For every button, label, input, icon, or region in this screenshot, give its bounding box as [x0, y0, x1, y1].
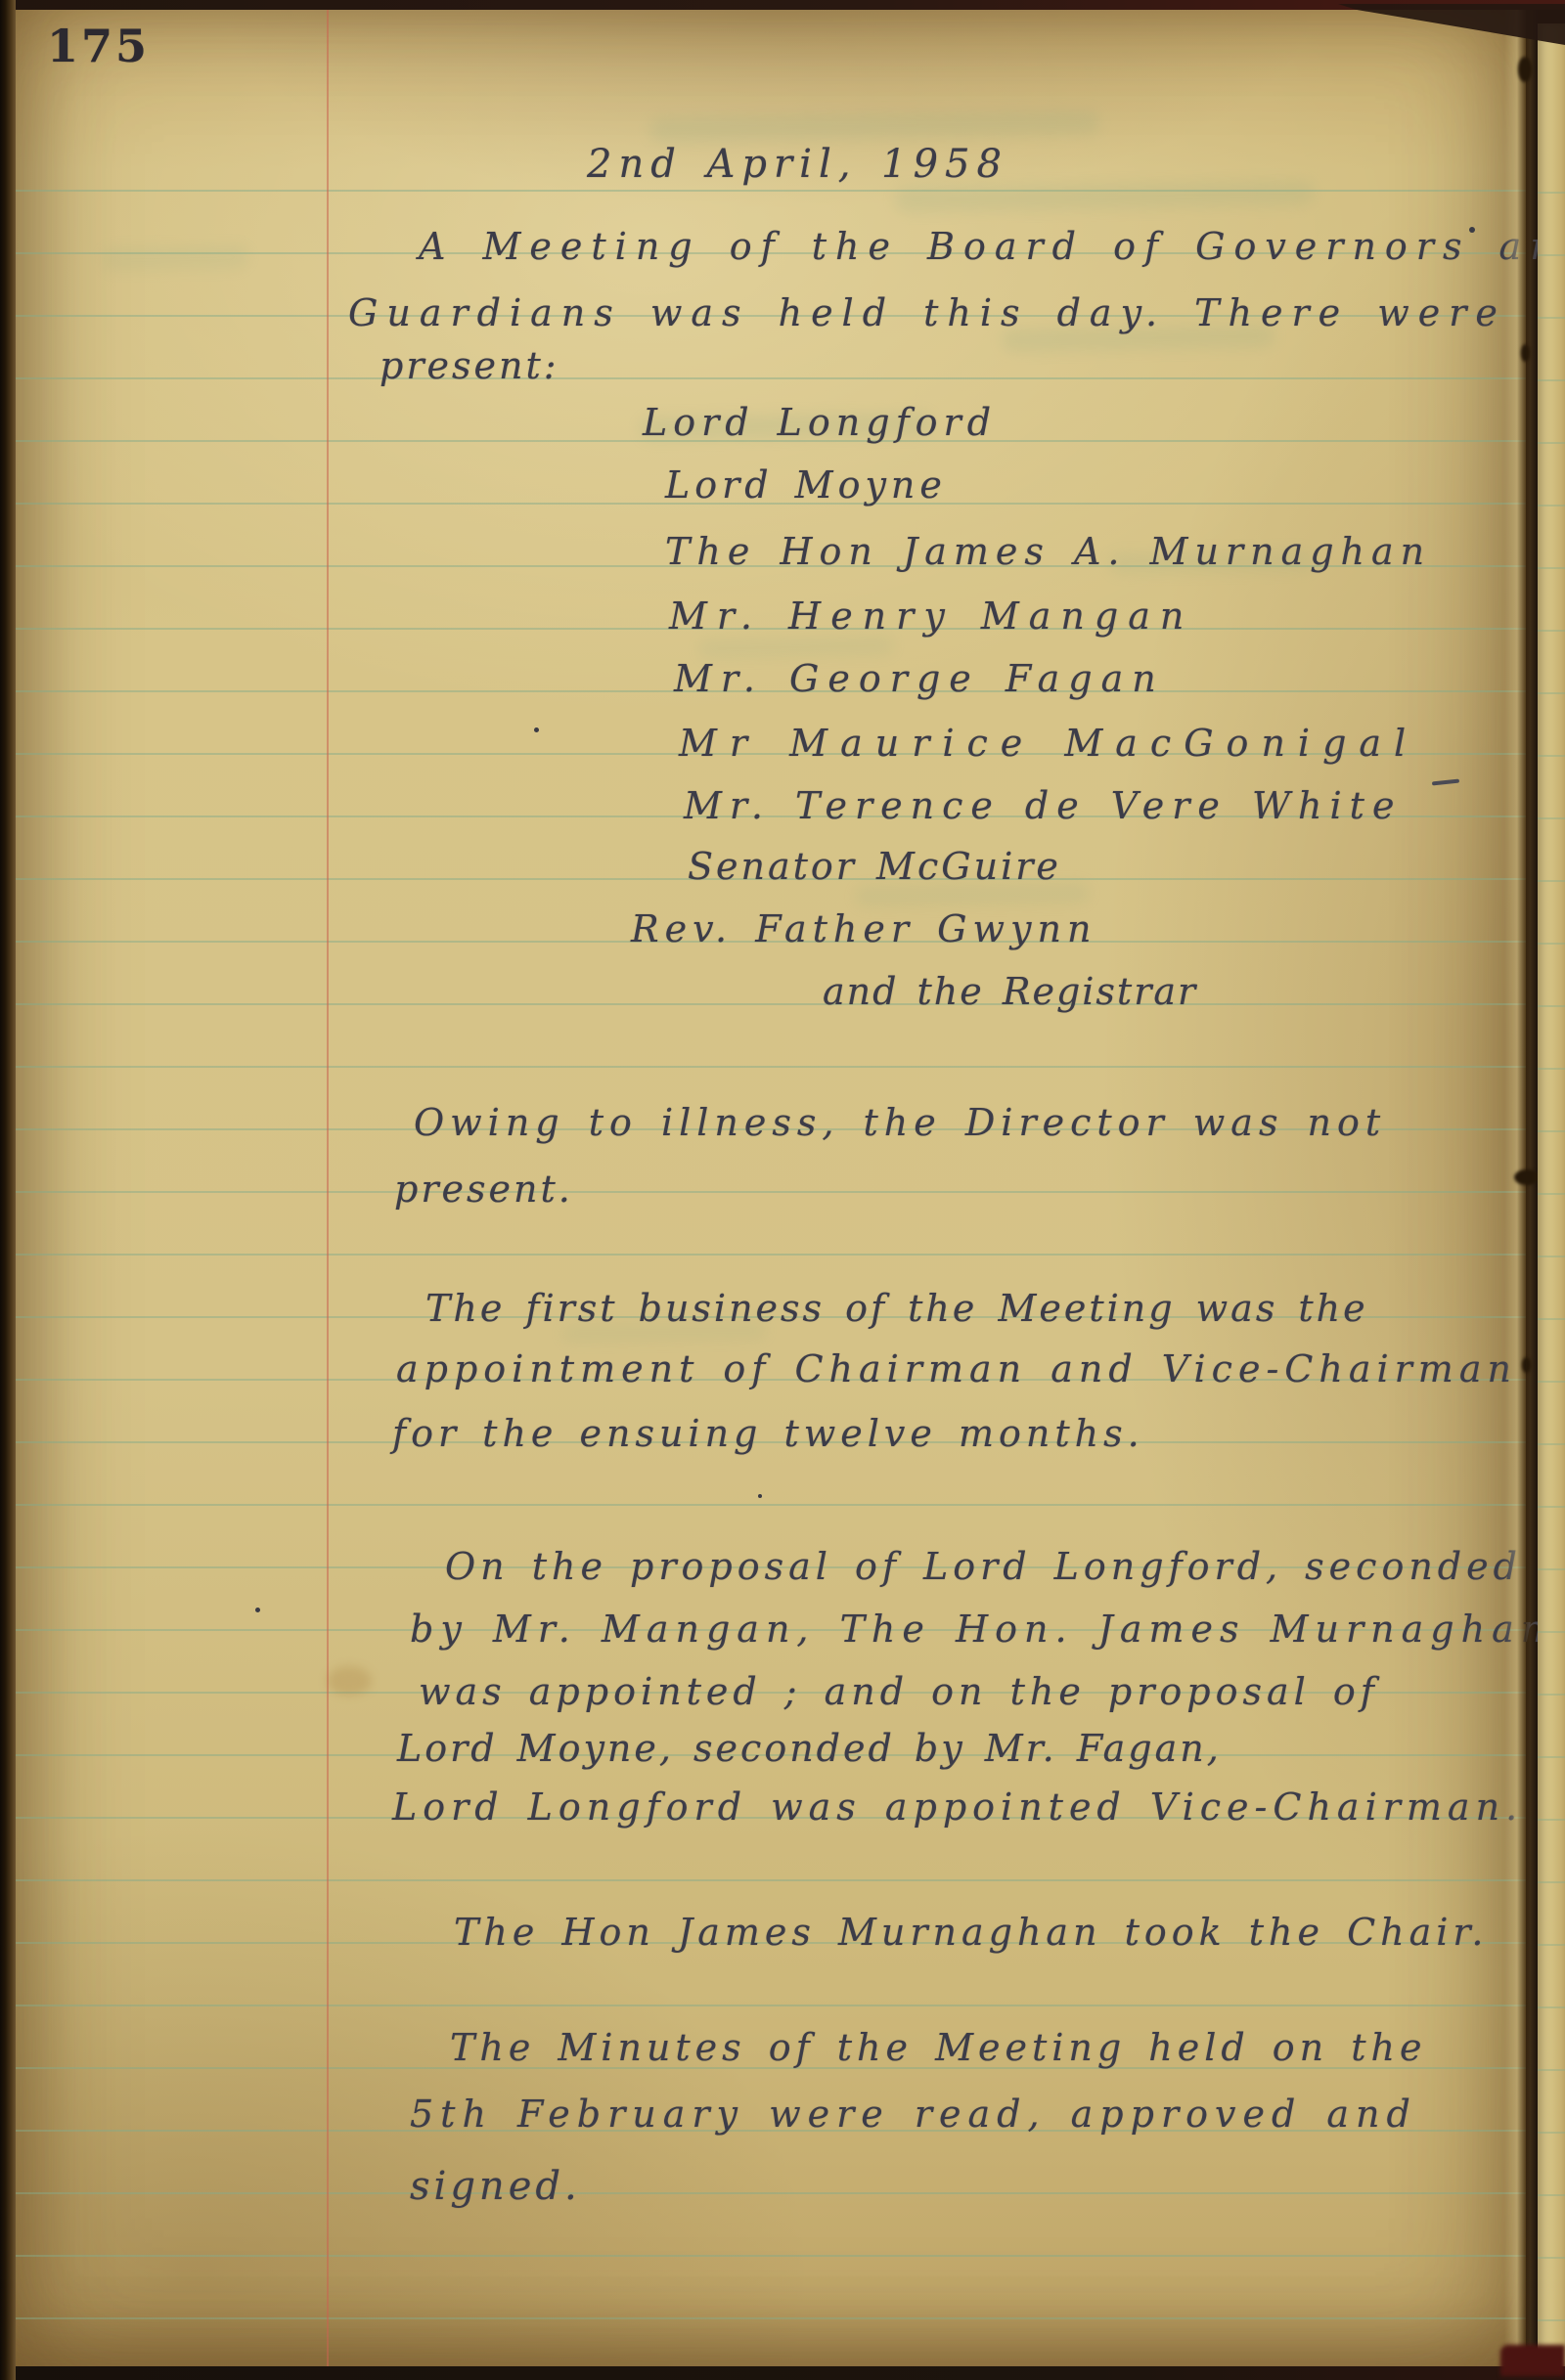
minutes-line: The Minutes of the Meeting held on the: [450, 2024, 1426, 2071]
fold-ink-blob: [1514, 1169, 1540, 1185]
opening-line: A Meeting of the Board of Governors and: [419, 223, 1565, 270]
minutes-line: by Mr. Mangan, The Hon. James Murnaghan: [410, 1606, 1551, 1653]
minutes-line: was appointed ; and on the proposal of: [419, 1668, 1379, 1715]
attendee-name: Rev. Father Gwynn: [631, 905, 1096, 952]
scan-edge-top: [0, 0, 1565, 10]
minutes-line: Lord Longford was appointed Vice-Chairma…: [392, 1784, 1523, 1830]
bleed-through-mark: [102, 245, 248, 272]
minutes-line: for the ensuing twelve months.: [392, 1410, 1144, 1457]
paper-stain: [327, 1666, 372, 1696]
minutes-line: Lord Moyne, seconded by Mr. Fagan,: [397, 1725, 1222, 1772]
opening-line: Guardians was held this day. There were: [348, 289, 1506, 336]
fold-ink-blob: [1522, 1357, 1531, 1373]
attendee-name: Senator McGuire: [688, 843, 1061, 890]
scanned-ledger-photo: 175 2nd April, 1958A Meeting of the Boar…: [0, 0, 1565, 2380]
ink-speck: [758, 1494, 762, 1498]
minutes-line: signed.: [410, 2163, 581, 2210]
attendee-name: Mr Maurice MacGonigal: [679, 720, 1418, 767]
attendee-name: and the Registrar: [823, 968, 1197, 1015]
margin-rule-line: [327, 4, 329, 2368]
adjacent-page-edge: [1538, 23, 1565, 2366]
page-number: 175: [47, 20, 150, 72]
ruled-lines: [14, 129, 1526, 2329]
ink-speck: [534, 727, 539, 732]
attendee-name: Lord Longford: [643, 399, 997, 446]
opening-line: present:: [380, 342, 559, 389]
minutes-line: Owing to illness, the Director was not: [414, 1099, 1386, 1146]
attendee-name: The Hon James A. Murnaghan: [665, 528, 1431, 575]
minutes-line: 5th February were read, approved and: [410, 2091, 1417, 2138]
fold-ink-blob: [1518, 57, 1532, 82]
attendee-name: Mr. Terence de Vere White: [684, 782, 1402, 829]
minutes-line: present.: [394, 1166, 573, 1212]
attendee-name: Mr. George Fagan: [674, 655, 1165, 702]
minutes-line: The Hon James Murnaghan took the Chair.: [454, 1909, 1489, 1956]
book-spine-edge-left: [0, 0, 16, 2380]
minutes-line: On the proposal of Lord Longford, second…: [445, 1543, 1522, 1590]
date-heading: 2nd April, 1958: [587, 141, 1008, 188]
minutes-line: The first business of the Meeting was th…: [425, 1285, 1368, 1332]
ledger-page: 175 2nd April, 1958A Meeting of the Boar…: [14, 4, 1526, 2368]
attendee-name: Mr. Henry Mangan: [669, 593, 1193, 639]
adjacent-page-ruled-lines: [1538, 131, 1565, 2327]
minutes-line: appointment of Chairman and Vice-Chairma…: [396, 1345, 1517, 1392]
scan-edge-bottom: [0, 2366, 1565, 2380]
scan-corner-bottom-right: [1500, 2345, 1565, 2376]
ink-speck: [255, 1608, 260, 1612]
fold-ink-blob: [1521, 344, 1530, 362]
attendee-name: Lord Moyne: [665, 462, 947, 508]
